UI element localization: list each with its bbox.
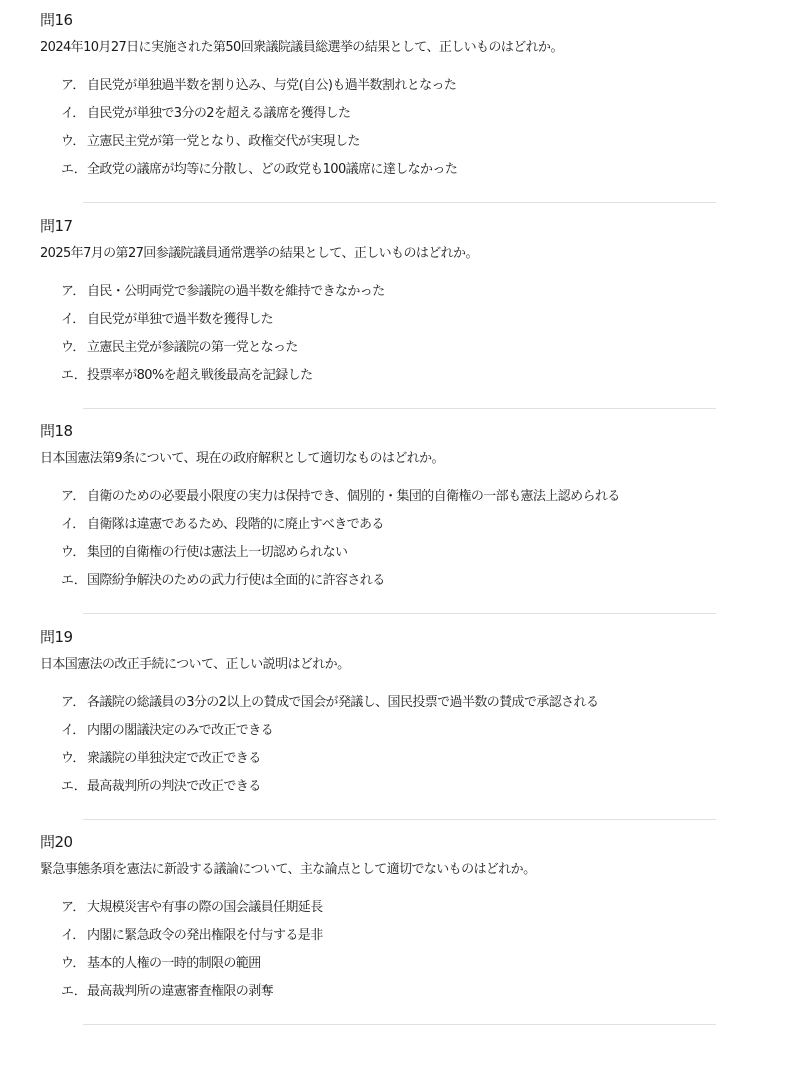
option-u: ウ．集団的自衛権の行使は憲法上一切認められない <box>61 539 740 567</box>
option-mark: ウ． <box>61 745 87 773</box>
option-label: 自民党が単独で3分の2を超える議席を獲得した <box>87 106 350 121</box>
question-text: 緊急事態条項を憲法に新設する議論について、主な論点として適切でないものはどれか。 <box>40 860 740 880</box>
option-label: 自衛隊は違憲であるため、段階的に廃止すべきである <box>87 517 384 532</box>
option-a: ア．各議院の総議員の3分の2以上の賛成で国会が発議し、国民投票で過半数の賛成で承… <box>61 689 740 717</box>
option-list: ア．自民党が単独過半数を割り込み、与党(自公)も過半数割れとなった イ．自民党が… <box>61 72 740 184</box>
option-list: ア．各議院の総議員の3分の2以上の賛成で国会が発議し、国民投票で過半数の賛成で承… <box>61 689 740 801</box>
option-mark: ウ． <box>61 128 87 156</box>
option-mark: エ． <box>61 978 87 1006</box>
divider <box>83 202 716 203</box>
option-mark: エ． <box>61 773 87 801</box>
option-i: イ．内閣に緊急政令の発出権限を付与する是非 <box>61 922 740 950</box>
option-a: ア．自民・公明両党で参議院の過半数を維持できなかった <box>61 278 740 306</box>
option-mark: イ． <box>61 306 87 334</box>
question-title: 問20 <box>40 832 740 852</box>
option-a: ア．自民党が単独過半数を割り込み、与党(自公)も過半数割れとなった <box>61 72 740 100</box>
option-label: 基本的人権の一時的制限の範囲 <box>87 956 261 971</box>
option-label: 自民・公明両党で参議院の過半数を維持できなかった <box>87 284 385 299</box>
divider <box>83 408 716 409</box>
option-e: エ．全政党の議席が均等に分散し、どの政党も100議席に達しなかった <box>61 156 740 184</box>
quiz-page: 問16 2024年10月27日に実施された第50回衆議院議員総選挙の結果として、… <box>0 0 740 1038</box>
option-e: エ．国際紛争解決のための武力行使は全面的に許容される <box>61 567 740 595</box>
option-mark: ウ． <box>61 334 87 362</box>
question-title: 問18 <box>40 421 740 441</box>
option-mark: ア． <box>61 483 87 511</box>
option-label: 国際紛争解決のための武力行使は全面的に許容される <box>87 573 385 588</box>
option-mark: ウ． <box>61 950 87 978</box>
option-label: 立憲民主党が第一党となり、政権交代が実現した <box>87 134 360 149</box>
option-a: ア．大規模災害や有事の際の国会議員任期延長 <box>61 894 740 922</box>
option-list: ア．大規模災害や有事の際の国会議員任期延長 イ．内閣に緊急政令の発出権限を付与す… <box>61 894 740 1006</box>
divider <box>83 819 716 820</box>
option-e: エ．投票率が80%を超え戦後最高を記録した <box>61 362 740 390</box>
option-mark: イ． <box>61 922 87 950</box>
option-label: 内閣に緊急政令の発出権限を付与する是非 <box>87 928 323 943</box>
question-16: 問16 2024年10月27日に実施された第50回衆議院議員総選挙の結果として、… <box>40 10 740 216</box>
option-e: エ．最高裁判所の判決で改正できる <box>61 773 740 801</box>
question-20: 問20 緊急事態条項を憲法に新設する議論について、主な論点として適切でないものは… <box>40 832 740 1038</box>
option-label: 衆議院の単独決定で改正できる <box>87 751 261 766</box>
option-label: 内閣の閣議決定のみで改正できる <box>87 723 273 738</box>
option-mark: ウ． <box>61 539 87 567</box>
option-label: 自衛のための必要最小限度の実力は保持でき、個別的・集団的自衛権の一部も憲法上認め… <box>87 489 620 504</box>
option-label: 最高裁判所の判決で改正できる <box>87 779 261 794</box>
option-label: 自民党が単独で過半数を獲得した <box>87 312 273 327</box>
question-text: 2024年10月27日に実施された第50回衆議院議員総選挙の結果として、正しいも… <box>40 38 740 58</box>
option-label: 投票率が80%を超え戦後最高を記録した <box>87 368 313 383</box>
question-text: 日本国憲法第9条について、現在の政府解釈として適切なものはどれか。 <box>40 449 740 469</box>
divider <box>83 1024 716 1025</box>
option-label: 自民党が単独過半数を割り込み、与党(自公)も過半数割れとなった <box>87 78 456 93</box>
option-u: ウ．立憲民主党が第一党となり、政権交代が実現した <box>61 128 740 156</box>
option-mark: エ． <box>61 567 87 595</box>
option-i: イ．自民党が単独で過半数を獲得した <box>61 306 740 334</box>
question-19: 問19 日本国憲法の改正手続について、正しい説明はどれか。 ア．各議院の総議員の… <box>40 627 740 833</box>
option-u: ウ．基本的人権の一時的制限の範囲 <box>61 950 740 978</box>
option-i: イ．内閣の閣議決定のみで改正できる <box>61 717 740 745</box>
option-mark: ア． <box>61 689 87 717</box>
option-label: 最高裁判所の違憲審査権限の剥奪 <box>87 984 273 999</box>
option-a: ア．自衛のための必要最小限度の実力は保持でき、個別的・集団的自衛権の一部も憲法上… <box>61 483 740 511</box>
option-mark: ア． <box>61 72 87 100</box>
question-17: 問17 2025年7月の第27回参議院議員通常選挙の結果として、正しいものはどれ… <box>40 216 740 422</box>
question-title: 問19 <box>40 627 740 647</box>
option-e: エ．最高裁判所の違憲審査権限の剥奪 <box>61 978 740 1006</box>
option-mark: イ． <box>61 100 87 128</box>
option-list: ア．自衛のための必要最小限度の実力は保持でき、個別的・集団的自衛権の一部も憲法上… <box>61 483 740 595</box>
option-list: ア．自民・公明両党で参議院の過半数を維持できなかった イ．自民党が単独で過半数を… <box>61 278 740 390</box>
question-title: 問17 <box>40 216 740 236</box>
option-label: 集団的自衛権の行使は憲法上一切認められない <box>87 545 347 560</box>
question-text: 日本国憲法の改正手続について、正しい説明はどれか。 <box>40 655 740 675</box>
option-mark: エ． <box>61 362 87 390</box>
option-i: イ．自民党が単独で3分の2を超える議席を獲得した <box>61 100 740 128</box>
question-18: 問18 日本国憲法第9条について、現在の政府解釈として適切なものはどれか。 ア．… <box>40 421 740 627</box>
option-u: ウ．立憲民主党が参議院の第一党となった <box>61 334 740 362</box>
question-text: 2025年7月の第27回参議院議員通常選挙の結果として、正しいものはどれか。 <box>40 244 740 264</box>
option-label: 大規模災害や有事の際の国会議員任期延長 <box>87 900 323 915</box>
divider <box>83 613 716 614</box>
option-i: イ．自衛隊は違憲であるため、段階的に廃止すべきである <box>61 511 740 539</box>
option-mark: イ． <box>61 717 87 745</box>
option-label: 立憲民主党が参議院の第一党となった <box>87 340 298 355</box>
question-title: 問16 <box>40 10 740 30</box>
option-label: 各議院の総議員の3分の2以上の賛成で国会が発議し、国民投票で過半数の賛成で承認さ… <box>87 695 598 710</box>
option-mark: ア． <box>61 278 87 306</box>
option-u: ウ．衆議院の単独決定で改正できる <box>61 745 740 773</box>
option-mark: エ． <box>61 156 87 184</box>
option-label: 全政党の議席が均等に分散し、どの政党も100議席に達しなかった <box>87 162 457 177</box>
option-mark: ア． <box>61 894 87 922</box>
option-mark: イ． <box>61 511 87 539</box>
